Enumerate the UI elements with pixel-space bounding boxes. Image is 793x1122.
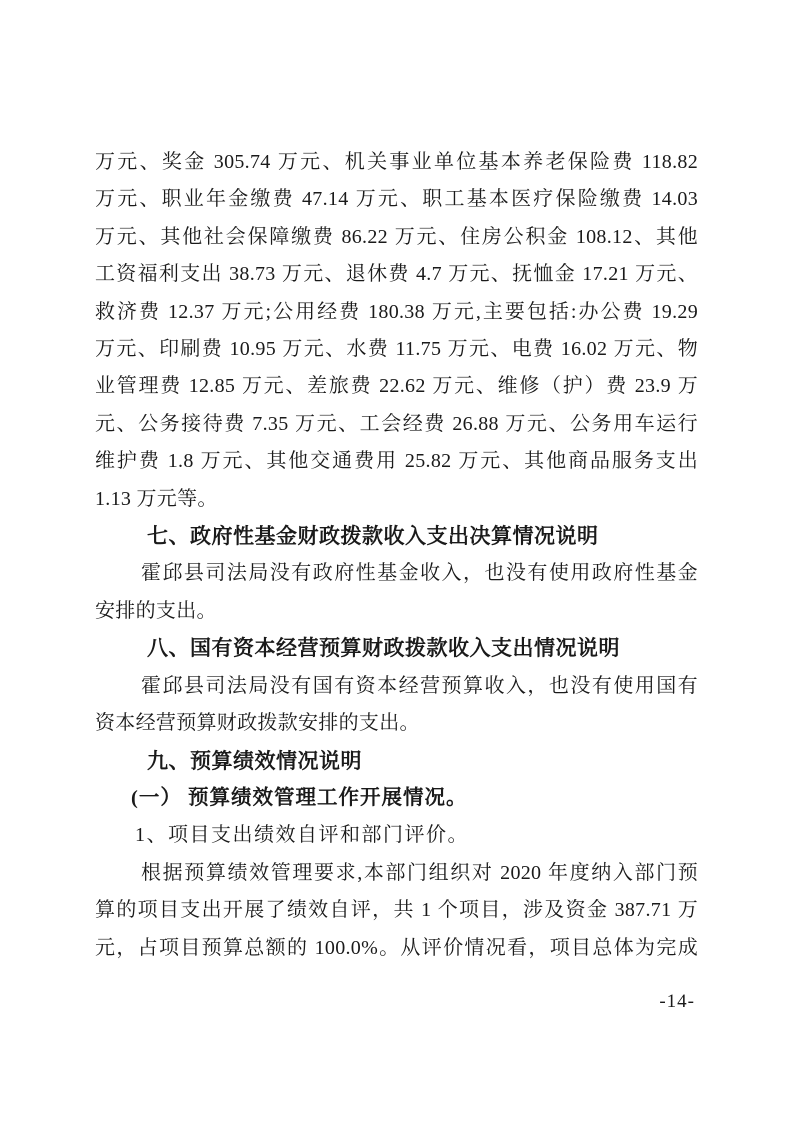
body-line: 救济费 12.37 万元;公用经费 180.38 万元,主要包括:办公费 19.…	[95, 294, 698, 331]
body-line: 万元、职业年金缴费 47.14 万元、职工基本医疗保险缴费 14.03	[95, 181, 698, 218]
body-line: 万元、其他社会保障缴费 86.22 万元、住房公积金 108.12、其他	[95, 219, 698, 256]
section-heading-8: 八、国有资本经营预算财政拨款收入支出情况说明	[95, 630, 698, 667]
section-heading-9: 九、预算绩效情况说明	[95, 743, 698, 780]
subsection-heading: (一） 预算绩效管理工作开展情况。	[95, 780, 698, 817]
body-line: 维护费 1.8 万元、其他交通费用 25.82 万元、其他商品服务支出	[95, 443, 698, 480]
paragraph-line: 资本经营预算财政拨款安排的支出。	[95, 705, 698, 742]
paragraph-line: 霍邱县司法局没有国有资本经营预算收入，也没有使用国有	[95, 668, 698, 705]
page-number: -14-	[659, 991, 695, 1013]
document-body: 万元、奖金 305.74 万元、机关事业单位基本养老保险费 118.82 万元、…	[95, 144, 698, 967]
paragraph-line: 元，占项目预算总额的 100.0%。从评价情况看，项目总体为完成	[95, 930, 698, 967]
body-line: 1.13 万元等。	[95, 481, 698, 518]
paragraph-line: 安排的支出。	[95, 593, 698, 630]
body-line: 万元、印刷费 10.95 万元、水费 11.75 万元、电费 16.02 万元、…	[95, 331, 698, 368]
section-heading-7: 七、政府性基金财政拨款收入支出决算情况说明	[95, 518, 698, 555]
numbered-item: 1、项目支出绩效自评和部门评价。	[95, 817, 698, 854]
paragraph-line: 算的项目支出开展了绩效自评，共 1 个项目，涉及资金 387.71 万	[95, 892, 698, 929]
body-line: 元、公务接待费 7.35 万元、工会经费 26.88 万元、公务用车运行	[95, 406, 698, 443]
body-line: 业管理费 12.85 万元、差旅费 22.62 万元、维修（护）费 23.9 万	[95, 368, 698, 405]
body-line: 工资福利支出 38.73 万元、退休费 4.7 万元、抚恤金 17.21 万元、	[95, 256, 698, 293]
body-line: 万元、奖金 305.74 万元、机关事业单位基本养老保险费 118.82	[95, 144, 698, 181]
document-page: 万元、奖金 305.74 万元、机关事业单位基本养老保险费 118.82 万元、…	[0, 0, 793, 1122]
paragraph-line: 霍邱县司法局没有政府性基金收入，也没有使用政府性基金	[95, 555, 698, 592]
paragraph-line: 根据预算绩效管理要求,本部门组织对 2020 年度纳入部门预	[95, 855, 698, 892]
